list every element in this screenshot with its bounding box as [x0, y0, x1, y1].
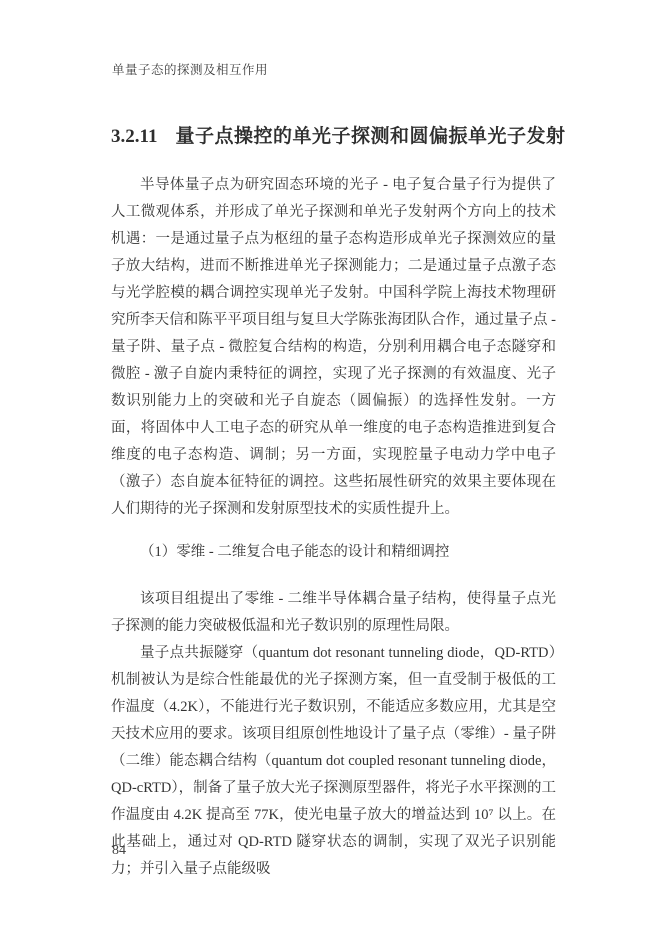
page-number: 84 [112, 843, 126, 859]
section-heading: 3.2.11量子点操控的单光子探测和圆偏振单光子发射 [111, 121, 565, 148]
section-title: 量子点操控的单光子探测和圆偏振单光子发射 [175, 126, 565, 147]
subheading-1: （1）零维 - 二维复合电子能态的设计和精细调控 [111, 539, 556, 566]
section-number: 3.2.11 [111, 126, 157, 147]
running-header: 单量子态的探测及相互作用 [112, 60, 268, 78]
paragraph-1: 半导体量子点为研究固态环境的光子 - 电子复合量子行为提供了人工微观体系，并形成… [111, 172, 556, 523]
paragraph-2: 该项目组提出了零维 - 二维半导体耦合量子结构，使得量子点光子探测的能力突破极低… [111, 586, 556, 640]
document-page: 单量子态的探测及相互作用 3.2.11量子点操控的单光子探测和圆偏振单光子发射 … [0, 0, 666, 930]
paragraph-3: 量子点共振隧穿（quantum dot resonant tunneling d… [111, 640, 556, 883]
page-body: 半导体量子点为研究固态环境的光子 - 电子复合量子行为提供了人工微观体系，并形成… [111, 172, 556, 883]
